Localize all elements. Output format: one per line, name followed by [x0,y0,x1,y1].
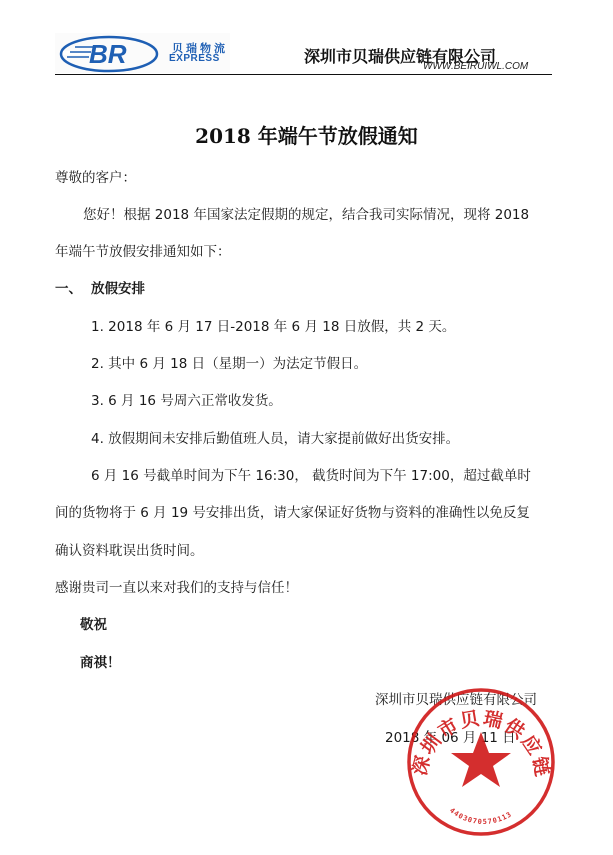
intro-line-2: 年端午节放假安排通知如下： [55,240,231,260]
svg-text:4403070570113: 4403070570113 [448,806,514,826]
header-divider [55,74,552,75]
seal-icon: 深圳市贝瑞供应链有限公司 4403070570113 [396,680,566,840]
intro-line-1: 您好！根据 2018 年国家法定假期的规定，结合我司实际情况，现将 2018 [83,203,529,223]
company-logo: BR 贝瑞物流 EXPRESS [55,33,230,73]
document-title: 2018 年端午节放假通知 [0,120,613,149]
arrangement-item-2: 2. 其中 6 月 18 日（星期一）为法定节假日。 [91,352,367,372]
company-website: WWW.BEIRUIWL.COM [423,61,528,72]
svg-text:BR: BR [89,39,127,69]
arrangement-item-3: 3. 6 月 16 号周六正常收发货。 [91,389,282,409]
notice-line-2: 间的货物将于 6 月 19 号安排出货，请大家保证好货物与资料的准确性以免反复 [55,501,530,521]
arrangement-item-1: 1. 2018 年 6 月 17 日-2018 年 6 月 18 日放假，共 2… [91,315,455,335]
section-number: 一、 [55,277,82,297]
thanks-line: 感谢贵司一直以来对我们的支持与信任！ [55,576,298,596]
section-heading: 放假安排 [91,277,145,297]
closing-regards: 敬祝 [80,613,107,633]
logo-name-en: EXPRESS [169,53,220,64]
br-logo-icon: BR [55,33,167,73]
notice-line-3: 确认资料耽误出货时间。 [55,539,204,559]
closing-wishes: 商祺！ [80,651,121,671]
arrangement-item-4: 4. 放假期间未安排后勤值班人员，请大家提前做好出货安排。 [91,427,459,447]
letterhead: BR 贝瑞物流 EXPRESS 深圳市贝瑞供应链有限公司 WWW.BEIRUIW… [0,0,613,80]
company-seal-stamp: 深圳市贝瑞供应链有限公司 4403070570113 [396,680,566,840]
salutation: 尊敬的客户： [55,166,136,186]
notice-line-1: 6 月 16 号截单时间为下午 16:30， 截货时间为下午 17:00，超过截… [91,464,531,484]
